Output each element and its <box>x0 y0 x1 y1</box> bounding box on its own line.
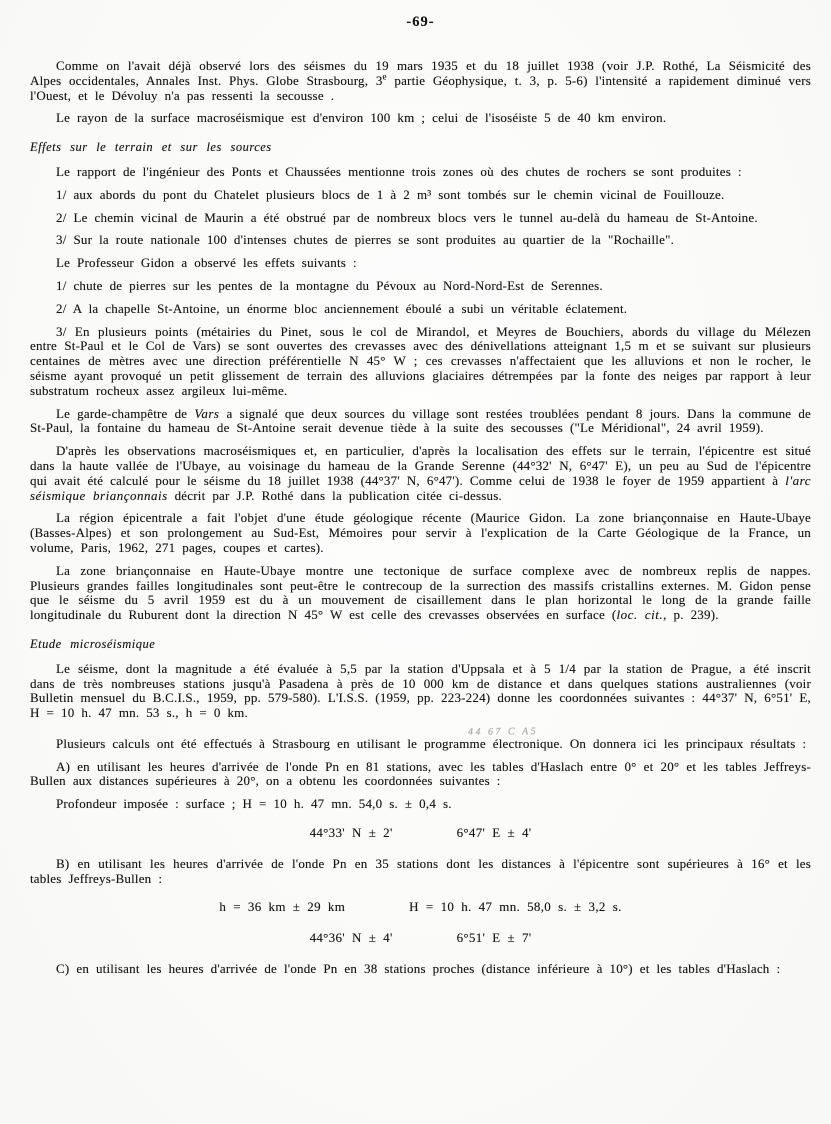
paragraph: 1/ aux abords du pont du Chatelet plusie… <box>30 188 811 203</box>
paragraph: 2/ A la chapelle St-Antoine, un énorme b… <box>30 302 811 317</box>
paragraph: D'après les observations macroséismiques… <box>30 444 811 503</box>
paragraph: Le séisme, dont la magnitude a été évalu… <box>30 662 811 721</box>
document-body: Comme on l'avait déjà observé lors des s… <box>30 59 811 977</box>
paragraph: La région épicentrale a fait l'objet d'u… <box>30 511 811 555</box>
paragraph: Le rayon de la surface macroséismique es… <box>30 111 811 126</box>
paragraph: Profondeur imposée : surface ; H = 10 h.… <box>30 797 811 812</box>
paragraph: 2/ Le chemin vicinal de Maurin a été obs… <box>30 211 811 226</box>
formula-part: h = 36 km ± 29 km <box>219 900 345 915</box>
paragraph: Le rapport de l'ingénieur des Ponts et C… <box>30 165 811 180</box>
formula-part: H = 10 h. 47 mn. 58,0 s. ± 3,2 s. <box>409 900 621 915</box>
section-heading: Etude microséismique <box>30 637 811 652</box>
section-heading: Effets sur le terrain et sur les sources <box>30 140 811 155</box>
paragraph: Le Professeur Gidon a observé les effets… <box>30 256 811 271</box>
paragraph: 3/ En plusieurs points (métairies du Pin… <box>30 325 811 399</box>
scanned-document-page: -69- Comme on l'avait déjà observé lors … <box>0 0 831 1124</box>
paragraph: La zone briançonnaise en Haute-Ubaye mon… <box>30 564 811 623</box>
paragraph: C) en utilisant les heures d'arrivée de … <box>30 962 811 977</box>
formula-line: 44°36' N ± 4'6°51' E ± 7' <box>30 931 811 946</box>
paragraph: 3/ Sur la route nationale 100 d'intenses… <box>30 233 811 248</box>
formula-part: 6°47' E ± 4' <box>457 826 532 841</box>
formula-part: 6°51' E ± 7' <box>457 931 532 946</box>
formula-part: 44°33' N ± 2' <box>310 826 393 841</box>
paragraph: Le garde-champêtre de Vars a signalé que… <box>30 407 811 437</box>
paragraph: 1/ chute de pierres sur les pentes de la… <box>30 279 811 294</box>
paragraph: Plusieurs calculs ont été effectués à St… <box>30 737 811 752</box>
formula-line: 44°33' N ± 2'6°47' E ± 4' <box>30 826 811 841</box>
formula-part: 44°36' N ± 4' <box>310 931 393 946</box>
paragraph: A) en utilisant les heures d'arrivée de … <box>30 760 811 790</box>
paragraph: Comme on l'avait déjà observé lors des s… <box>30 59 811 103</box>
page-number: -69- <box>30 14 811 31</box>
formula-line: h = 36 km ± 29 kmH = 10 h. 47 mn. 58,0 s… <box>30 900 811 915</box>
paragraph: B) en utilisant les heures d'arrivée de … <box>30 857 811 887</box>
